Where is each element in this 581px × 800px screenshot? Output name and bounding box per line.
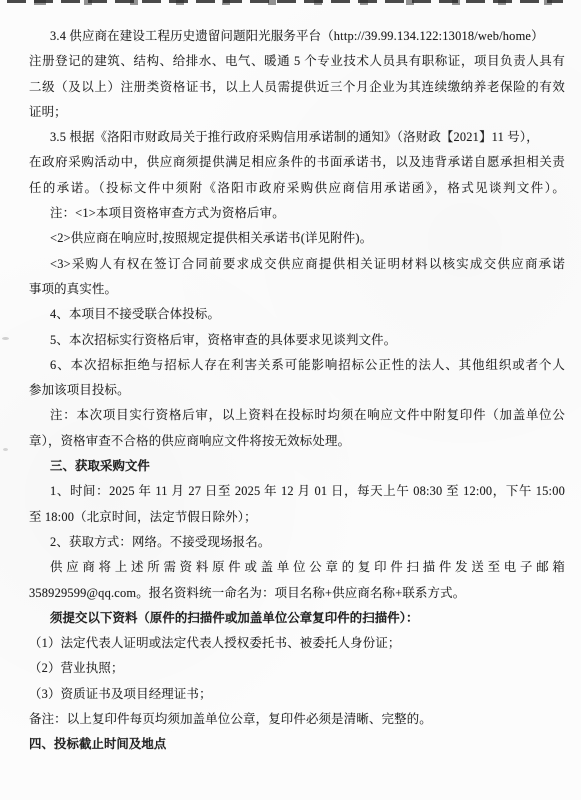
text-line: 证明； [29,100,565,125]
text-line: 参加该项目投标。 [29,378,565,403]
text-line: 3.5 根据《洛阳市财政局关于推行政府采购信用承诺制的通知》（洛财政【2021】… [29,125,565,150]
text-line: 章），资格审查不合格的供应商响应文件将按无效标处理。 [29,429,565,454]
text-line: 2、获取方式：网络。不接受现场报名。 [29,530,565,555]
text-line: <2>供应商在响应时,按照规定提供相关承诺书(详见附件)。 [29,226,565,251]
text-line: 1、时间：2025 年 11 月 27 日至 2025 年 12 月 01 日，… [29,479,565,504]
text-line: 备注：以上复印件每页均须加盖单位公章，复印件必须是清晰、完整的。 [29,707,565,732]
section-heading: 须提交以下资料（原件的扫描件或加盖单位公章复印件的扫描件）： [29,606,565,631]
text-line: 注：<1>本项目资格审查方式为资格后审。 [29,201,565,226]
text-line: 在政府采购活动中，供应商须提供满足相应条件的书面承诺书，以及违背承诺自愿承担相关… [29,150,565,175]
text-line: （2）营业执照； [29,656,565,681]
text-line: 注册登记的建筑、结构、给排水、电气、暖通 5 个专业技术人员具有职称证，项目负责… [29,49,565,74]
text-line: 5、本次招标实行资格后审，资格审查的具体要求见谈判文件。 [29,328,565,353]
section-heading: 三、获取采购文件 [29,454,565,479]
document-body: 3.4 供应商在建设工程历史遗留问题阳光服务平台（http://39.99.13… [29,24,565,758]
text-line: 6、本次招标拒绝与招标人存在利害关系可能影响招标公正性的法人、其他组织或者个人 [29,353,565,378]
text-line: 注：本次项目实行资格后审，以上资料在投标时均须在响应文件中附复印件（加盖单位公 [29,403,565,428]
document-page: 3.4 供应商在建设工程历史遗留问题阳光服务平台（http://39.99.13… [0,0,581,800]
text-line: （1）法定代表人证明或法定代表人授权委托书、被委托人身份证； [29,631,565,656]
section-heading: 四、投标截止时间及地点 [29,732,565,757]
text-line: 供应商将上述所需资料原件或盖单位公章的复印件扫描件发送至电子邮箱 [29,555,565,580]
scan-speck [2,337,9,340]
scan-speck [3,448,8,451]
text-line: （3）资质证书及项目经理证书； [29,682,565,707]
text-line: 358929599@qq.com。报名资料统一命名为：项目名称+供应商名称+联系… [29,581,565,606]
text-line: 二级（及以上）注册类资格证书，以上人员需提供近三个月企业为其连续缴纳养老保险的有… [29,75,565,100]
text-line: 3.4 供应商在建设工程历史遗留问题阳光服务平台（http://39.99.13… [29,24,565,49]
text-line: 至 18:00（北京时间，法定节假日除外）； [29,505,565,530]
text-line: 任的承诺。（投标文件中须附《洛阳市政府采购供应商信用承诺函》，格式见谈判文件）。 [29,176,565,201]
scan-artifact-top [7,0,563,5]
text-line: <3>采购人有权在签订合同前要求成交供应商提供相关证明材料以核实成交供应商承诺 [29,252,565,277]
text-line: 事项的真实性。 [29,277,565,302]
text-line: 4、本项目不接受联合体投标。 [29,302,565,327]
